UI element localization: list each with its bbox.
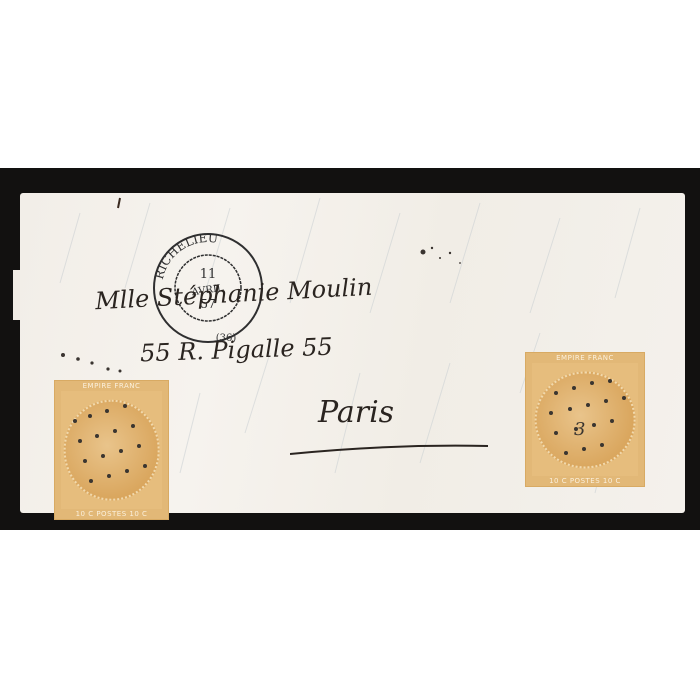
cancel-dots-icon: 3 [526, 353, 644, 486]
cancel-dots-icon [55, 381, 168, 519]
stamp-right: EMPIRE FRANC 10 C POSTES 10 C 3 [525, 352, 645, 487]
svg-text:3: 3 [574, 419, 585, 440]
stamp-left: EMPIRE FRANC 10 C POSTES 10 C [54, 380, 169, 520]
underline-stroke [290, 440, 490, 460]
postmark-day: 11 [200, 267, 217, 282]
address-line-3: Paris [318, 395, 394, 430]
